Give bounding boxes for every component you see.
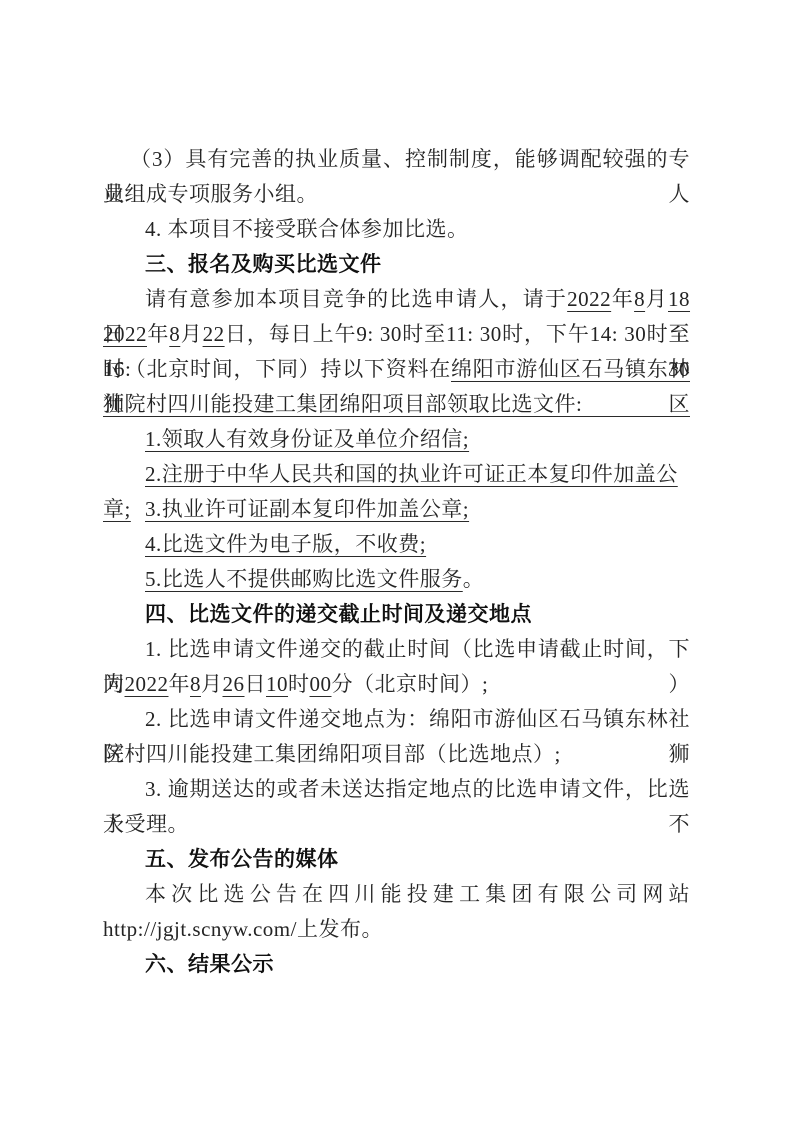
text-segment: 年 <box>169 672 191 696</box>
list-item-required-doc-1: 1.领取人有效身份证及单位介绍信; <box>103 422 690 457</box>
text-segment: 予受理。 <box>103 812 189 836</box>
text-segment: 时（北京时间，下同）持以下资料在 <box>103 357 451 381</box>
para-qualification-item3-line1: （3）具有完善的执业质量、控制制度，能够调配较强的专业人 <box>103 142 690 177</box>
text-segment: 领取比选文件: <box>447 392 582 416</box>
underlined-date-day: 18 <box>668 287 690 311</box>
underlined-text: 1.领取人有效身份证及单位介绍信; <box>145 427 469 451</box>
underlined-text: 4.比选文件为电子版，不收费; <box>145 532 426 556</box>
para-media-line1: 本次比选公告在四川能投建工集团有限公司网站 <box>103 877 690 912</box>
underlined-time-hour: 10 <box>266 672 288 696</box>
text-segment: 院村四川能投建工集团绵阳项目部（比选地点）; <box>103 742 561 766</box>
text-segment: 年 <box>611 287 634 311</box>
para-no-consortium: 4. 本项目不接受联合体参加比选。 <box>103 212 690 247</box>
text-segment: 4. 本项目不接受联合体参加比选。 <box>145 217 469 241</box>
underlined-date-year: 2022 <box>103 322 147 346</box>
document-page: （3）具有完善的执业质量、控制制度，能够调配较强的专业人 员组成专项服务小组。 … <box>0 0 793 1122</box>
text-segment: 员组成专项服务小组。 <box>103 182 318 206</box>
text-segment: 分（北京时间）; <box>332 672 489 696</box>
underlined-address: 狮院村四川能投建工集团绵阳项目部 <box>103 392 447 416</box>
list-item-required-doc-2: 2.注册于中华人民共和国的执业许可证正本复印件加盖公章; <box>103 457 690 492</box>
list-item-required-doc-5: 5.比选人不提供邮购比选文件服务。 <box>103 562 690 597</box>
heading-section-3: 三、报名及购买比选文件 <box>103 247 690 282</box>
para-deadline-line1: 1. 比选申请文件递交的截止时间（比选申请截止时间，下同） <box>103 632 690 667</box>
para-submission-place-line1: 2. 比选申请文件递交地点为：绵阳市游仙区石马镇东林社区狮 <box>103 702 690 737</box>
text-segment: 为 <box>103 672 125 696</box>
para-late-delivery-line1: 3. 逾期送达的或者未送达指定地点的比选申请文件，比选人不 <box>103 772 690 807</box>
text-segment: 本次比选公告在四川能投建工集团有限公司网站 <box>145 882 690 906</box>
heading-text: 六、结果公示 <box>145 953 274 976</box>
underlined-time-minute: 00 <box>310 672 332 696</box>
document-content: （3）具有完善的执业质量、控制制度，能够调配较强的专业人 员组成专项服务小组。 … <box>103 142 690 982</box>
underlined-text: 3.执业许可证副本复印件加盖公章; <box>145 497 469 521</box>
underlined-date-year: 2022 <box>567 287 611 311</box>
text-segment: 年 <box>147 322 169 346</box>
list-item-required-doc-3: 3.执业许可证副本复印件加盖公章; <box>103 492 690 527</box>
underlined-date-year: 2022 <box>125 672 169 696</box>
heading-section-6: 六、结果公示 <box>103 947 690 982</box>
underlined-date-day: 26 <box>223 672 245 696</box>
heading-text: 五、发布公告的媒体 <box>145 848 339 871</box>
para-registration-line3: 时（北京时间，下同）持以下资料在绵阳市游仙区石马镇东林社区 <box>103 352 690 387</box>
text-segment: 时 <box>288 672 310 696</box>
heading-section-4: 四、比选文件的递交截止时间及递交地点 <box>103 597 690 632</box>
underlined-date-month: 8 <box>634 287 645 311</box>
heading-text: 三、报名及购买比选文件 <box>145 253 382 276</box>
website-url-text: http://jgjt.scnyw.com/上发布。 <box>103 917 383 941</box>
text-segment: 月 <box>645 287 668 311</box>
underlined-date-day: 22 <box>203 322 225 346</box>
underlined-date-month: 8 <box>169 322 180 346</box>
text-segment: 月 <box>180 322 202 346</box>
underlined-text: 5.比选人不提供邮购比选文件服务 <box>145 567 463 591</box>
para-media-line2-url: http://jgjt.scnyw.com/上发布。 <box>103 912 690 947</box>
text-segment: 3. 逾期送达的或者未送达指定地点的比选申请文件，比选人不 <box>103 777 690 836</box>
text-segment: 月 <box>201 672 223 696</box>
text-segment: 请有意参加本项目竞争的比选申请人，请于 <box>145 287 567 311</box>
heading-section-5: 五、发布公告的媒体 <box>103 842 690 877</box>
para-registration-line1: 请有意参加本项目竞争的比选申请人，请于2022年8月18日至 <box>103 282 690 317</box>
text-segment: 日 <box>245 672 267 696</box>
text-segment: 。 <box>463 567 485 591</box>
list-item-required-doc-4: 4.比选文件为电子版，不收费; <box>103 527 690 562</box>
heading-text: 四、比选文件的递交截止时间及递交地点 <box>145 603 532 626</box>
underlined-date-month: 8 <box>190 672 201 696</box>
para-registration-line2: 2022年8月22日，每日上午9: 30时至11: 30时，下午14: 30时至… <box>103 317 690 352</box>
